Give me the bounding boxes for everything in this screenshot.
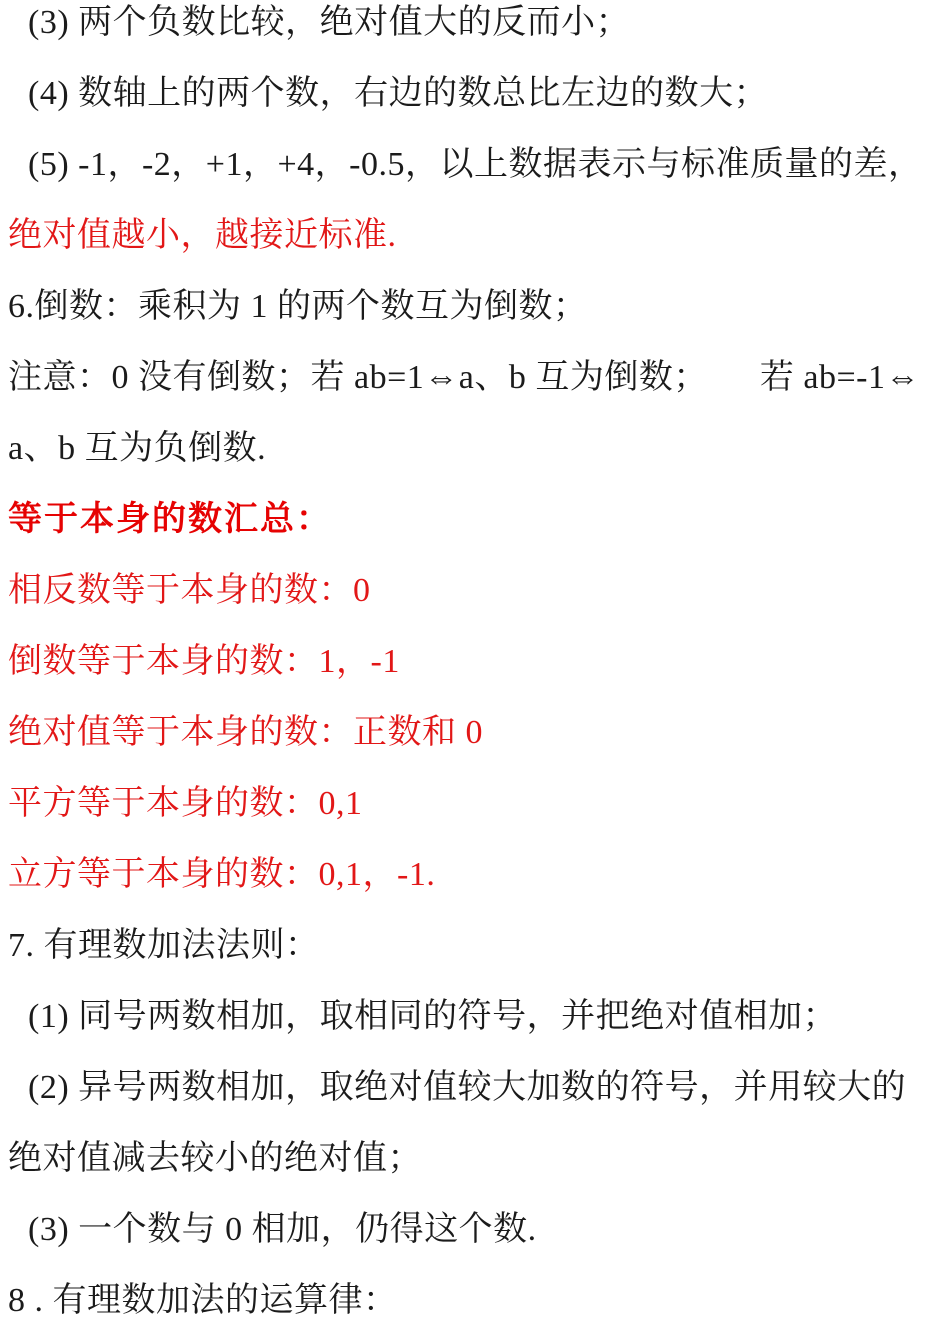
rule-item-5-data-example: (5) -1，-2，+1，+4，-0.5，以上数据表示与标准质量的差， <box>8 129 938 200</box>
section-8-addition-laws-title: 8 . 有理数加法的运算律： <box>8 1265 938 1332</box>
reciprocal-note: 注意：0 没有倒数；若 ab=1⇔a、b 互为倒数； 若 ab=-1⇔ <box>8 342 938 413</box>
heading-numbers-equal-to-self: 等于本身的数汇总： <box>8 484 938 555</box>
document-page: (3) 两个负数比较，绝对值大的反而小； (4) 数轴上的两个数，右边的数总比左… <box>0 0 942 1332</box>
addition-rule-3-add-zero: (3) 一个数与 0 相加，仍得这个数. <box>8 1194 938 1265</box>
rule-item-3-negative-comparison: (3) 两个负数比较，绝对值大的反而小； <box>8 0 938 58</box>
addition-rule-1-same-sign: (1) 同号两数相加，取相同的符号，并把绝对值相加； <box>8 981 938 1052</box>
section-6-reciprocal-definition: 6.倒数：乘积为 1 的两个数互为倒数； <box>8 271 938 342</box>
addition-rule-2-continuation: 绝对值减去较小的绝对值； <box>8 1123 938 1194</box>
item-absolute-value-equal-to-self: 绝对值等于本身的数：正数和 0 <box>8 697 938 768</box>
item-reciprocal-equal-to-self: 倒数等于本身的数：1，-1 <box>8 626 938 697</box>
reciprocal-note-continuation: a、b 互为负倒数. <box>8 413 938 484</box>
item-square-equal-to-self: 平方等于本身的数：0,1 <box>8 768 938 839</box>
addition-rule-2-different-sign: (2) 异号两数相加，取绝对值较大加数的符号，并用较大的 <box>8 1052 938 1123</box>
item-opposite-equal-to-self: 相反数等于本身的数：0 <box>8 555 938 626</box>
rule-item-4-number-axis: (4) 数轴上的两个数，右边的数总比左边的数大； <box>8 58 938 129</box>
section-7-addition-rules-title: 7. 有理数加法法则： <box>8 910 938 981</box>
item-cube-equal-to-self: 立方等于本身的数：0,1，-1. <box>8 839 938 910</box>
rule-5-conclusion-red: 绝对值越小，越接近标准. <box>8 200 938 271</box>
